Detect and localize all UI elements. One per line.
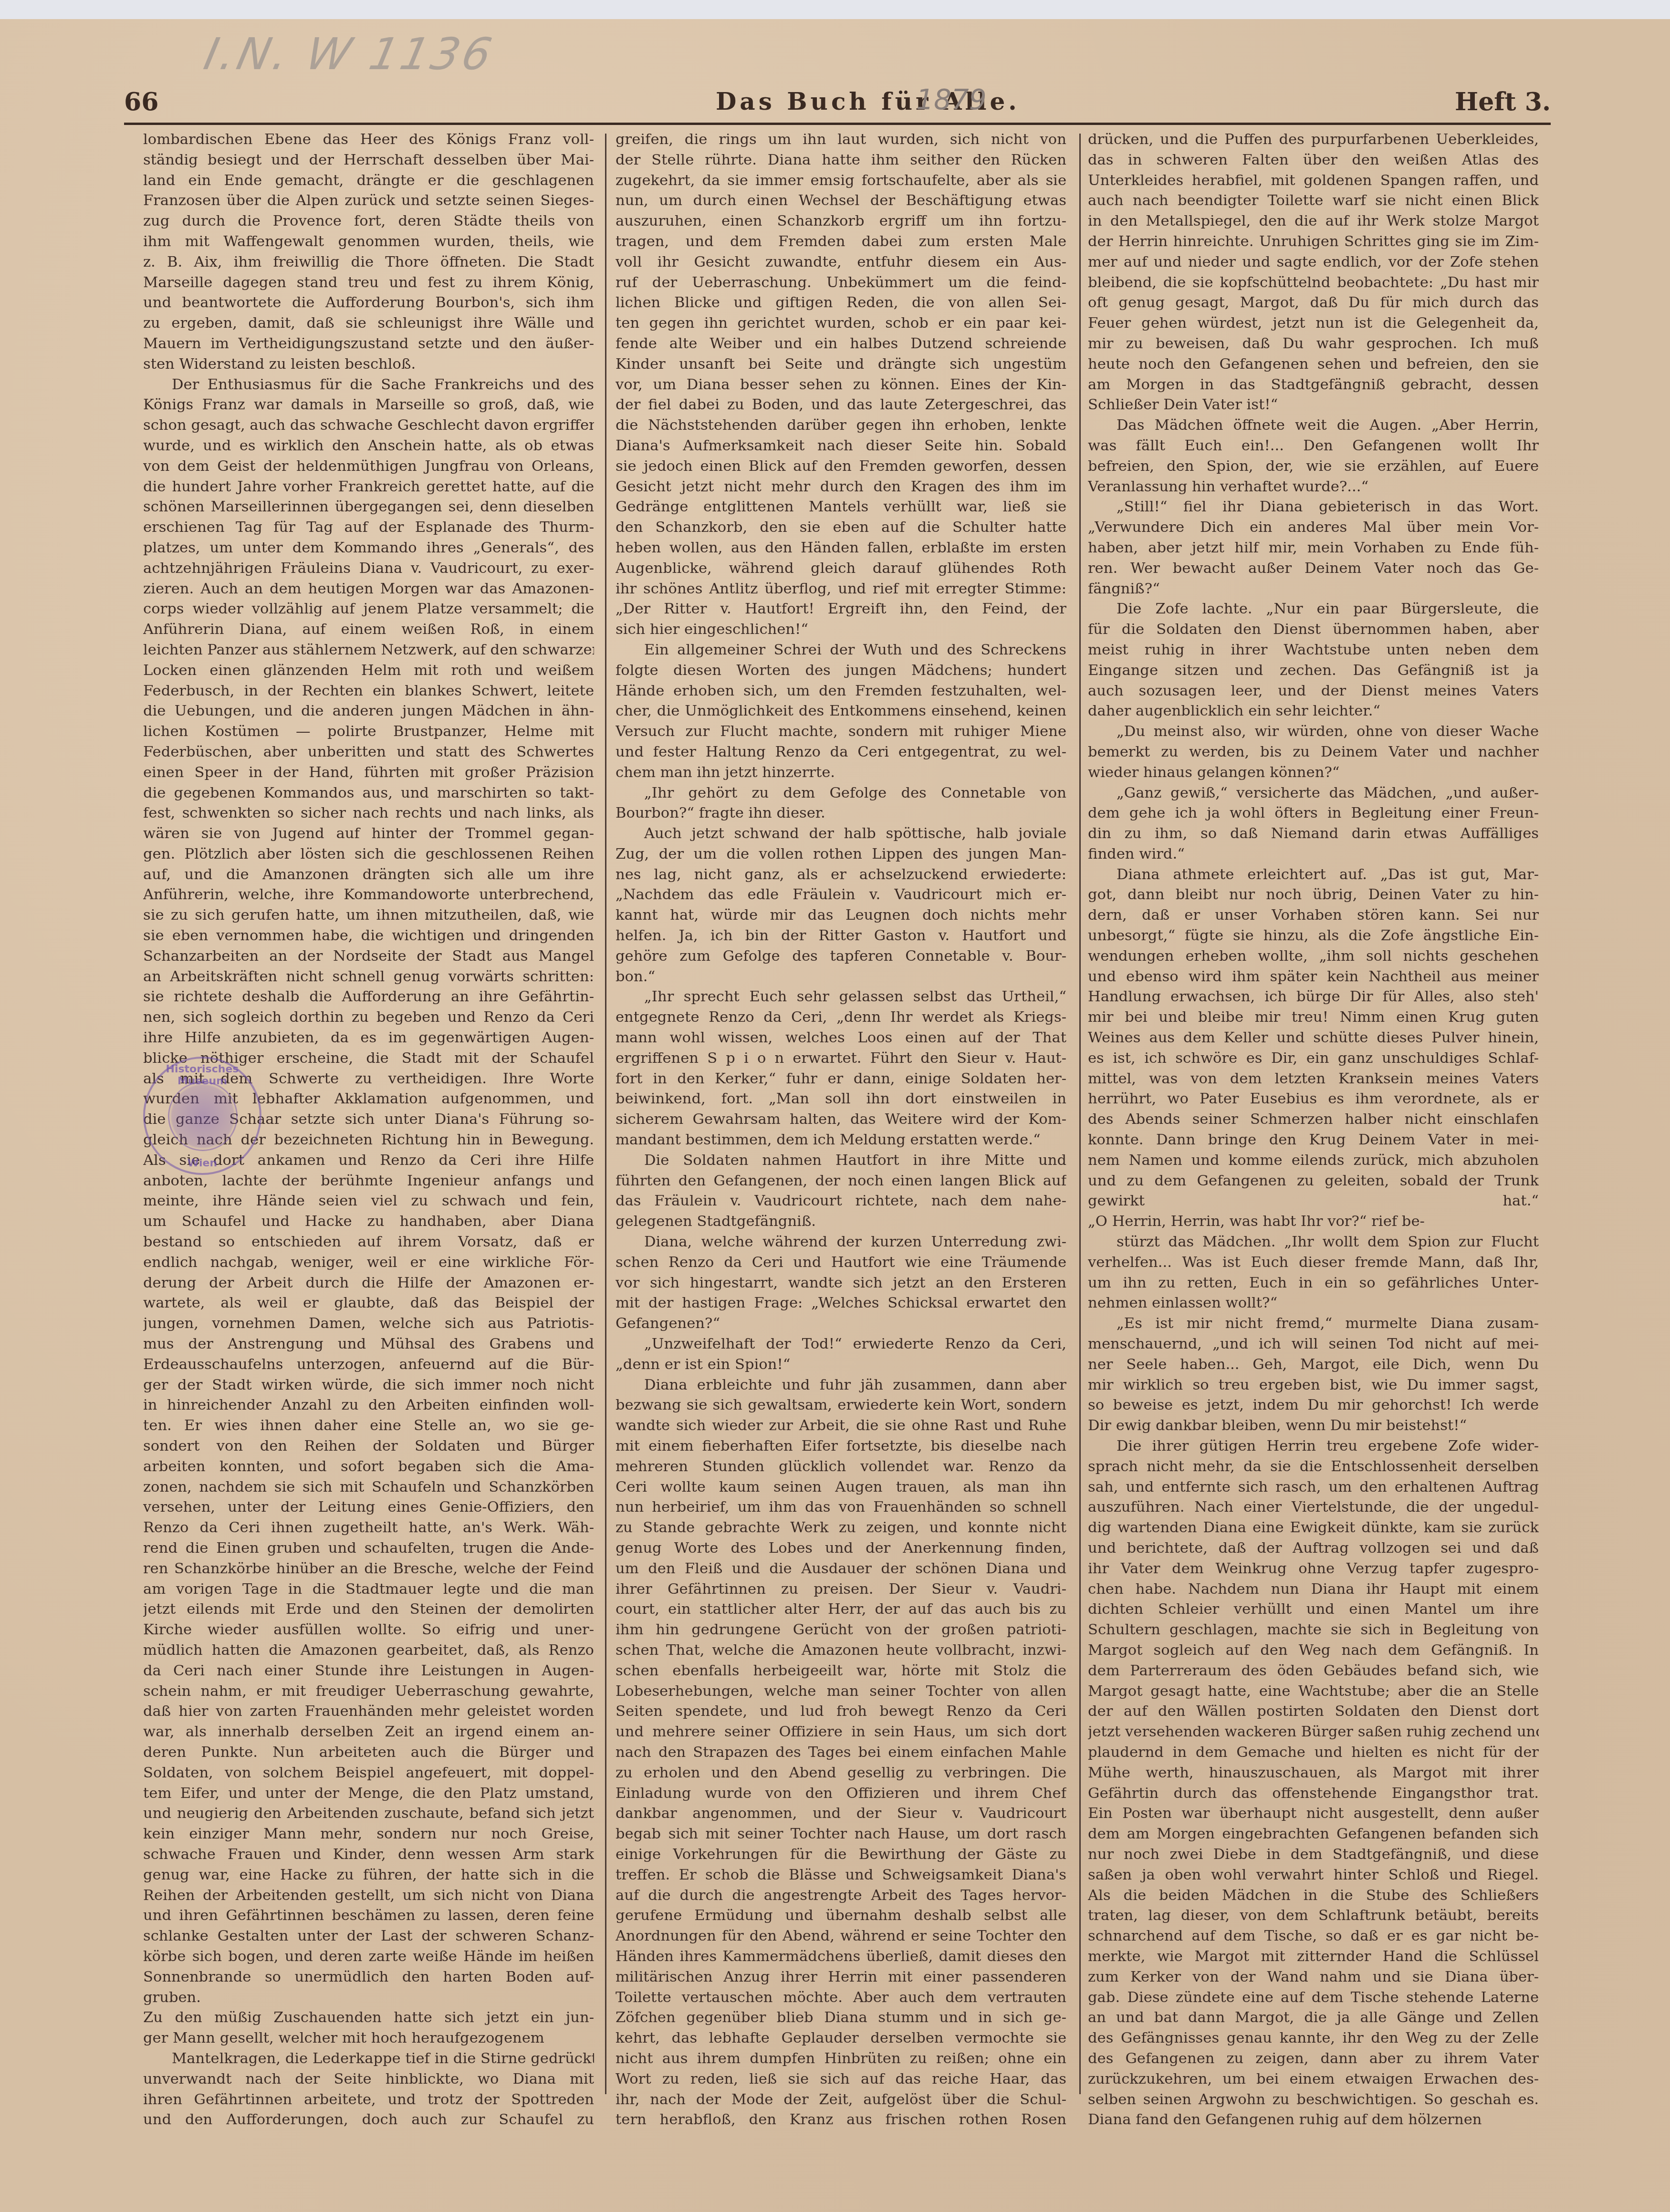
text-line: fängniß?“	[1088, 579, 1539, 600]
text-line: Gefangenen?“	[616, 1314, 1066, 1334]
text-line: die hundert Jahre vorher Frankreich gere…	[143, 477, 594, 498]
text-line: mit einem fieberhaften Eifer fortsetzte,…	[616, 1436, 1066, 1457]
text-line: arbeiten konnten, und sofort begaben sic…	[143, 1457, 594, 1477]
text-line: wandte sich wieder zur Arbeit, die sie o…	[616, 1416, 1066, 1436]
text-line: „Ihr sprecht Euch sehr gelassen selbst d…	[616, 987, 1066, 1007]
text-line: gewirkt hat.“	[1088, 1191, 1539, 1212]
text-line: in hinreichender Anzahl zu den Arbeiten …	[143, 1395, 594, 1416]
text-line: jungen, vornehmen Damen, welche sich aus…	[143, 1314, 594, 1334]
text-line: begab sich mit seiner Tochter nach Hause…	[616, 1824, 1066, 1845]
text-line: Federbusch, in der Rechten ein blankes S…	[143, 681, 594, 702]
text-line: Die Zofe lachte. „Nur ein paar Bürgersle…	[1088, 599, 1539, 620]
text-line: mandant bestimmen, dem ich Meldung ersta…	[616, 1130, 1066, 1151]
text-line: Mühe werth, hinauszuschauen, als Margot …	[1088, 1763, 1539, 1784]
text-line: mus der Anstrengung und Mühsal des Grabe…	[143, 1334, 594, 1355]
text-line: körbe sich bogen, und deren zarte weiße …	[143, 1947, 594, 1967]
text-line: blicke nöthiger erscheine, die Stadt mit…	[143, 1049, 594, 1069]
text-line: mit der hastigen Frage: „Welches Schicks…	[616, 1293, 1066, 1314]
text-line: Anordnungen für den Abend, während er se…	[616, 1926, 1066, 1947]
text-line: haben, aber jetzt hilf mir, mein Vorhabe…	[1088, 538, 1539, 559]
text-line: dig wartenden Diana eine Ewigkeit dünkte…	[1088, 1518, 1539, 1538]
text-line: Diana fand den Gefangenen ruhig auf dem …	[1088, 2110, 1539, 2130]
text-line: zieren. Auch an dem heutigen Morgen war …	[143, 579, 594, 600]
text-line: tragen, und dem Fremden dabei zum ersten…	[616, 232, 1066, 252]
text-line: schnarchend auf dem Tische, so daß er es…	[1088, 1926, 1539, 1947]
pencil-catalog-mark: I.N. W 1136	[200, 29, 499, 80]
text-line: Die ihrer gütigen Herrin treu ergebene Z…	[1088, 1436, 1539, 1457]
text-line: Anführerin, welche, ihre Kommandoworte u…	[143, 885, 594, 905]
text-line: Auch jetzt schwand der halb spöttische, …	[616, 824, 1066, 844]
text-line: kein einziger Mann mehr, sondern nur noc…	[143, 1824, 594, 1845]
text-line: schein nahm, er mit freudiger Ueberrasch…	[143, 1682, 594, 1702]
text-line: und fester Haltung Renzo da Ceri entgege…	[616, 742, 1066, 763]
text-line: zug durch die Provence fort, deren Städt…	[143, 211, 594, 232]
text-line: sah, und entfernte sich rasch, um den er…	[1088, 1477, 1539, 1498]
text-line: schen ebenfalls herbeigeeilt war, hörte …	[616, 1661, 1066, 1682]
text-column-1: lombardischen Ebene das Heer des Königs …	[143, 130, 594, 2130]
text-line: ger Mann gesellt, welcher mit hoch herau…	[143, 2028, 594, 2049]
text-line: Die Soldaten nahmen Hautfort in ihre Mit…	[616, 1151, 1066, 1171]
text-line: gerufene Ermüdung und übernahm deshalb s…	[616, 1906, 1066, 1926]
text-line: ruf der Ueberraschung. Unbekümmert um di…	[616, 273, 1066, 293]
text-line: Renzo da Ceri ihnen zugetheilt hatte, an…	[143, 1518, 594, 1538]
text-line: „Still!“ fiel ihr Diana gebieterisch in …	[1088, 497, 1539, 518]
text-line: nicht aus ihrem dumpfen Hinbrüten zu rei…	[616, 2049, 1066, 2069]
text-line: den Schanzkorb, den sie eben auf die Sch…	[616, 518, 1066, 538]
text-line: stürzt das Mädchen. „Ihr wollt dem Spion…	[1088, 1232, 1539, 1253]
text-line: land ein Ende gemacht, drängte er die ge…	[143, 171, 594, 191]
text-line: finden wird.“	[1088, 844, 1539, 865]
text-line: Diana, welche während der kurzen Unterre…	[616, 1232, 1066, 1253]
text-line: oft genug gesagt, Margot, daß Du für mic…	[1088, 293, 1539, 313]
text-line: der Stelle rührte. Diana hatte ihm seith…	[616, 150, 1066, 171]
text-line: „denn er ist ein Spion!“	[616, 1355, 1066, 1375]
text-line: und mehrere seiner Offiziere in sein Hau…	[616, 1722, 1066, 1743]
text-line: Toilette vertauschen möchte. Aber auch d…	[616, 1988, 1066, 2008]
text-line: ständig besiegt und der Herrschaft desse…	[143, 150, 594, 171]
text-line: wieder hinaus gelangen können?“	[1088, 763, 1539, 783]
text-line: „Du meinst also, wir würden, ohne von di…	[1088, 722, 1539, 742]
text-line: nun herbeirief, um ihm das von Frauenhän…	[616, 1497, 1066, 1518]
text-line: um Schaufel und Hacke zu handhaben, aber…	[143, 1212, 594, 1232]
text-line: daher augenblicklich ein sehr leichter.“	[1088, 701, 1539, 722]
text-line: dem gehe ich ja wohl öfters in Begleitun…	[1088, 803, 1539, 824]
header-rule	[124, 123, 1551, 125]
text-line: und neugierig den Arbeitenden zuschaute,…	[143, 1804, 594, 1824]
text-line: schönen Marseillerinnen übergegangen sei…	[143, 497, 594, 518]
text-line: des Abends seiner Schmerzen halber nicht…	[1088, 1110, 1539, 1130]
text-line: wurden mit lebhafter Akklamation aufgeno…	[143, 1089, 594, 1110]
text-line: sicherem Gewahrsam halten, das Weitere w…	[616, 1110, 1066, 1130]
text-line: ihrer Gefährtinnen zu preisen. Der Sieur…	[616, 1579, 1066, 1600]
text-line: zum Kerker von der Wand nahm und sie Dia…	[1088, 1967, 1539, 1988]
text-line: auszuführen. Nach einer Viertelstunde, d…	[1088, 1497, 1539, 1518]
text-line: die Uebungen, und die anderen jungen Mäd…	[143, 701, 594, 722]
text-line: Seiten spendete, und lud froh bewegt Ren…	[616, 1702, 1066, 1722]
text-line: entgegnete Renzo da Ceri, „denn Ihr werd…	[616, 1007, 1066, 1028]
text-line: din zu ihm, so daß Niemand darin etwas A…	[1088, 824, 1539, 844]
text-line: merkte, wie Margot mit zitternder Hand d…	[1088, 1947, 1539, 1967]
text-line: Handlung erwachsen, ich bürge Dir für Al…	[1088, 987, 1539, 1007]
text-line: Als die beiden Mädchen in die Stube des …	[1088, 1886, 1539, 1906]
text-line: der fiel dabei zu Boden, und das laute Z…	[616, 395, 1066, 415]
text-line: des Gefangenen zu zeigen, dann aber zu i…	[1088, 2049, 1539, 2069]
text-line: ner Seele haben... Geh, Margot, eile Dic…	[1088, 1355, 1539, 1375]
text-line: Locken einen glänzenden Helm mit roth un…	[143, 661, 594, 681]
text-line: nen, sich sogleich dorthin zu begeben un…	[143, 1007, 594, 1028]
text-line: tern herabfloß, den Kranz aus frischen r…	[616, 2110, 1066, 2130]
text-line: Reihen der Arbeitenden gestellt, um sich…	[143, 1886, 594, 1906]
text-line: Marseille dagegen stand treu und fest zu…	[143, 273, 594, 293]
text-line: platzes, um unter dem Kommando ihres „Ge…	[143, 538, 594, 559]
text-line: gruben.	[143, 1988, 594, 2008]
text-line: drücken, und die Puffen des purpurfarben…	[1088, 130, 1539, 150]
text-line: Franzosen über die Alpen zurück und setz…	[143, 191, 594, 211]
text-line: befreien, den Spion, der, wie sie erzähl…	[1088, 457, 1539, 477]
text-line: nehmen einlassen wollt?“	[1088, 1293, 1539, 1314]
text-line: ten gegen ihn gerichtet wurden, schob er…	[616, 313, 1066, 334]
text-line: anboten, lachte der berühmte Ingenieur a…	[143, 1171, 594, 1192]
text-line: als mit dem Schwerte zu vertheidigen. Ih…	[143, 1069, 594, 1090]
text-line: jetzt eilends mit Erde und den Steinen d…	[143, 1599, 594, 1620]
text-line: „Verwundere Dich ein anderes Mal über me…	[1088, 518, 1539, 538]
text-line: und den Aufforderungen, doch auch zur Sc…	[143, 2110, 594, 2130]
text-line: folgte diesen Worten des jungen Mädchens…	[616, 661, 1066, 681]
text-line: Versuch zur Flucht machte, sondern mit r…	[616, 722, 1066, 742]
page-number: 66	[124, 87, 158, 116]
text-line: „Ihr gehört zu dem Gefolge des Connetabl…	[616, 783, 1066, 804]
text-line: zonen, nachdem sie sich mit Schaufeln un…	[143, 1477, 594, 1498]
text-line: schen That, welche die Amazonen heute vo…	[616, 1641, 1066, 1661]
text-line: heute noch den Gefangenen sehen und befr…	[1088, 354, 1539, 375]
text-line: mir wirklich so treu ergeben bist, wie D…	[1088, 1375, 1539, 1396]
text-line: ten. Er wies ihnen daher eine Stelle an,…	[143, 1416, 594, 1436]
text-line: die ganze Schaar setzte sich unter Diana…	[143, 1110, 594, 1130]
text-line: auszuruhen, einen Schanzkorb ergriff um …	[616, 211, 1066, 232]
text-line: got, dann bleibt nur noch übrig, Deinen …	[1088, 885, 1539, 905]
text-line: chen habe. Nachdem nun Diana ihr Haupt m…	[1088, 1579, 1539, 1600]
text-line: meist ruhig in ihrer Wachtstube unten ne…	[1088, 640, 1539, 661]
text-line: auch nach beendigter Toilette warf sie n…	[1088, 191, 1539, 211]
text-line: um den Fleiß und die Ausdauer der schöne…	[616, 1559, 1066, 1579]
text-line: leichten Panzer aus stählernem Netzwerk,…	[143, 640, 594, 661]
text-line: herrührt, wo Pater Eusebius es ihm veror…	[1088, 1089, 1539, 1110]
text-line: an Arbeitskräften nicht schnell genug vo…	[143, 967, 594, 987]
text-line: gelegenen Stadtgefängniß.	[616, 1212, 1066, 1232]
text-line: Diana's Aufmerksamkeit nach dieser Seite…	[616, 436, 1066, 457]
text-line: war, als innerhalb derselben Zeit an irg…	[143, 1722, 594, 1743]
text-line: Margot sogleich auf den Weg nach dem Gef…	[1088, 1641, 1539, 1661]
text-line: selben seinen Argwohn zu beschwichtigen.…	[1088, 2090, 1539, 2110]
text-line: ihm hin gedrungene Gerücht von der große…	[616, 1620, 1066, 1641]
text-line: und berichtete, daß der Auftrag vollzoge…	[1088, 1538, 1539, 1559]
text-line: die Nächststehenden darüber gegen ihn er…	[616, 415, 1066, 436]
text-line: lichen Blicke und giftigen Reden, die vo…	[616, 293, 1066, 313]
text-line: sten Widerstand zu leisten beschloß.	[143, 354, 594, 375]
text-line: nem Namen und komme eilends zurück, mich…	[1088, 1151, 1539, 1171]
text-line: der Herrin hinreichte. Unruhigen Schritt…	[1088, 232, 1539, 252]
text-line: Zug, der um die vollen rothen Lippen des…	[616, 844, 1066, 865]
text-line: konnte. Dann bringe den Krug Deinem Vate…	[1088, 1130, 1539, 1151]
text-line: militärischen Anzug ihrer Herrin mit ein…	[616, 1967, 1066, 1988]
text-line: der auf den Wällen postirten Soldaten de…	[1088, 1702, 1539, 1722]
text-line: dem Parterreraum des öden Gebäudes befan…	[1088, 1661, 1539, 1682]
text-line: und ihren Gefährtinnen beschämen zu lass…	[143, 1906, 594, 1926]
text-line: verhelfen... Was ist Euch dieser fremde …	[1088, 1253, 1539, 1273]
text-line: des Gefängnisses genau kannte, ihr den W…	[1088, 2028, 1539, 2049]
text-line: versehen, unter der Leitung eines Genie-…	[143, 1497, 594, 1518]
text-line: Wort zu reden, ließ sie sich auf das rei…	[616, 2069, 1066, 2090]
text-line: Schließer Dein Vater ist!“	[1088, 395, 1539, 415]
text-line: tem Eifer, und unter der Menge, die den …	[143, 1784, 594, 1804]
text-line: fest, schwenkten so sicher nach rechts u…	[143, 803, 594, 824]
text-line: Ein Posten war überhaupt nicht ausgestel…	[1088, 1804, 1539, 1824]
text-line: die gegebenen Kommandos aus, und marschi…	[143, 783, 594, 804]
text-line: wartete, als weil er glaubte, daß das Be…	[143, 1293, 594, 1314]
text-line: es ist, ich schwöre es Dir, ein ganz uns…	[1088, 1049, 1539, 1069]
text-line: endlich nachgab, weniger, weil er eine w…	[143, 1253, 594, 1273]
text-line: schen Renzo da Ceri und Hautfort wie ein…	[616, 1253, 1066, 1273]
text-line: Diana athmete erleichtert auf. „Das ist …	[1088, 865, 1539, 885]
text-line: wendungen erheben wollte, „ihm soll nich…	[1088, 946, 1539, 967]
text-line: nes lag, nicht ganz, als er achselzucken…	[616, 865, 1066, 885]
text-line: Mauern im Vertheidigungszustand setzte u…	[143, 334, 594, 354]
text-line: traten, lag dieser, von dem Schlaftrunk …	[1088, 1906, 1539, 1926]
text-line: zurückzukehren, um bei einem etwaigen Er…	[1088, 2069, 1539, 2090]
text-line: sie zu sich gerufen hatte, um ihnen mitz…	[143, 905, 594, 926]
text-line: „Unzweifelhaft der Tod!“ erwiederte Renz…	[616, 1334, 1066, 1355]
text-line: zu ergeben, damit, daß sie schleunigst i…	[143, 313, 594, 334]
text-line: court, ein stattlicher alter Herr, der a…	[616, 1599, 1066, 1620]
text-line: bon.“	[616, 967, 1066, 987]
text-line: ihm mit Waffengewalt genommen wurden, th…	[143, 232, 594, 252]
text-line: erschienen Tag für Tag auf der Esplanade…	[143, 518, 594, 538]
text-line: gleich nach der bezeichneten Richtung hi…	[143, 1130, 594, 1151]
text-line: Dir ewig dankbar bleiben, wenn Du mir be…	[1088, 1416, 1539, 1436]
text-line: mehreren Stunden glücklich vollendet war…	[616, 1457, 1066, 1477]
text-line: Zu den müßig Zuschauenden hatte sich jet…	[143, 2008, 594, 2028]
text-column-2: greifen, die rings um ihn laut wurden, s…	[616, 130, 1066, 2130]
text-line: gab. Diese zündete eine auf dem Tische s…	[1088, 1988, 1539, 2008]
text-line: sie richtete deshalb die Aufforderung an…	[143, 987, 594, 1007]
text-line: helfen. Ja, ich bin der Ritter Gaston v.…	[616, 926, 1066, 946]
text-line: Margot gesagt hatte, eine Wachtstube; ab…	[1088, 1682, 1539, 1702]
text-line: Schanzarbeiten an der Nordseite der Stad…	[143, 946, 594, 967]
text-line: deren Punkte. Nun arbeiteten auch die Bü…	[143, 1743, 594, 1763]
text-line: sich hier eingeschlichen!“	[616, 620, 1066, 640]
text-line: corps wieder vollzählig auf jenem Platze…	[143, 599, 594, 620]
text-line: mann wohl wissen, welches Loos einen auf…	[616, 1028, 1066, 1049]
text-line: zu Stande gebrachte Werk zu zeigen, und …	[616, 1518, 1066, 1538]
text-line: fort in den Kerker,“ fuhr er dann, einig…	[616, 1069, 1066, 1090]
text-line: führten den Gefangenen, der noch einen l…	[616, 1171, 1066, 1192]
column-divider	[1079, 134, 1081, 2094]
text-line: Sonnenbrande so unermüdlich den harten B…	[143, 1967, 594, 1988]
text-line: schon gesagt, auch das schwache Geschlec…	[143, 415, 594, 436]
text-line: um ihn zu retten, Euch in ein so gefährl…	[1088, 1273, 1539, 1294]
text-line: auch sozusagen leer, und der Dienst mein…	[1088, 681, 1539, 702]
text-line: zugekehrt, da sie immer emsig fortschauf…	[616, 171, 1066, 191]
text-line: sie jedoch einen Blick auf den Fremden g…	[616, 457, 1066, 477]
text-line: mittel, was von dem letzten Kranksein me…	[1088, 1069, 1539, 1090]
text-line: Kirche wieder ausfüllen wollte. So eifri…	[143, 1620, 594, 1641]
text-line: derung der Arbeit durch die Hilfe der Am…	[143, 1273, 594, 1294]
text-line: Lobeserhebungen, welche man seiner Tocht…	[616, 1682, 1066, 1702]
text-line: Gesicht jetzt nicht mehr durch den Krage…	[616, 477, 1066, 498]
text-line: Zöfchen gegenüber blieb Diana stumm und …	[616, 2008, 1066, 2028]
text-line: jetzt versehenden wackeren Bürger saßen …	[1088, 1722, 1539, 1743]
text-line: mir bei und bleibe mir treu! Nimm einen …	[1088, 1007, 1539, 1028]
text-line: ihre Hilfe anzubieten, da es im gegenwär…	[143, 1028, 594, 1049]
text-line: am vorigen Tage in die Stadtmauer legte …	[143, 1579, 594, 1600]
text-line: Soldaten, von solchem Beispiel angefeuer…	[143, 1763, 594, 1784]
text-line: müdlich hatten die Amazonen gearbeitet, …	[143, 1641, 594, 1661]
handwritten-year: 1879	[916, 83, 987, 116]
text-line: sondert von den Reihen der Soldaten und …	[143, 1436, 594, 1457]
text-line: „Nachdem das edle Fräulein v. Vaudricour…	[616, 885, 1066, 905]
magazine-page: I.N. W 1136 66 Das Buch für Alle. 1879 H…	[0, 19, 1670, 2212]
text-line: ger der Stadt wirken würde, die sich imm…	[143, 1375, 594, 1396]
text-line: voll ihr Gesicht zuwandte, entfuhr diese…	[616, 252, 1066, 273]
text-line: wären sie von Jugend auf hinter der Trom…	[143, 824, 594, 844]
text-line: achtzehnjährigen Fräuleins Diana v. Vaud…	[143, 559, 594, 579]
text-line: so beweise es jetzt, indem Du mir gehorc…	[1088, 1395, 1539, 1416]
text-line: Das Mädchen öffnete weit die Augen. „Abe…	[1088, 415, 1539, 436]
text-line: sprach nicht mehr, da sie die Entschloss…	[1088, 1457, 1539, 1477]
text-line: kannt hat, würde mir das Leugnen doch ni…	[616, 905, 1066, 926]
text-line: chem man ihn jetzt hinzerrte.	[616, 763, 1066, 783]
text-line: wurde, und es wirklich den Anschein hatt…	[143, 436, 594, 457]
text-line: dichten Schleier verhüllt und einen Mant…	[1088, 1599, 1539, 1620]
text-line: von dem Geist der heldenmüthigen Jungfra…	[143, 457, 594, 477]
text-line: Veranlassung hin verhaftet wurde?...“	[1088, 477, 1539, 498]
text-line: meinte, ihre Hände seien viel zu schwach…	[143, 1191, 594, 1212]
text-line: Bourbon?“ fragte ihn dieser.	[616, 803, 1066, 824]
text-line: beiwinkend, fort. „Man soll ihn dort ein…	[616, 1089, 1066, 1110]
text-line: Hände erhoben sich, um den Fremden festz…	[616, 681, 1066, 702]
text-line: Mantelkragen, die Lederkappe tief in die…	[143, 2049, 594, 2069]
text-line: Diana erbleichte und fuhr jäh zusammen, …	[616, 1375, 1066, 1396]
text-line: vor, um Diana besser sehen zu können. Ei…	[616, 375, 1066, 395]
text-line: „O Herrin, Herrin, was habt Ihr vor?“ ri…	[1088, 1212, 1539, 1232]
text-line: was fällt Euch ein!... Den Gefangenen wo…	[1088, 436, 1539, 457]
text-line: ihr schönes Antlitz überflog, und rief m…	[616, 579, 1066, 600]
text-line: genug war, eine Hacke zu führen, der hat…	[143, 1865, 594, 1886]
text-line: ihren Gefährtinnen arbeitete, und trotz …	[143, 2090, 594, 2110]
text-line: Erdeausschaufelns unterzogen, anfeuernd …	[143, 1355, 594, 1375]
text-line: einen Speer in der Hand, führten mit gro…	[143, 763, 594, 783]
text-line: Als sie dort ankamen und Renzo da Ceri i…	[143, 1151, 594, 1171]
issue-label: Heft 3.	[1455, 87, 1551, 116]
text-line: in den Metallspiegel, den die auf ihr We…	[1088, 211, 1539, 232]
text-line: dem am Morgen eingebrachten Gefangenen b…	[1088, 1824, 1539, 1845]
text-line: lichen Kostümen — polirte Brustpanzer, H…	[143, 722, 594, 742]
text-line: „Der Ritter v. Hautfort! Ergreift ihn, d…	[616, 599, 1066, 620]
text-line: gehöre zum Gefolge des tapferen Connetab…	[616, 946, 1066, 967]
text-line: treffen. Er schob die Blässe und Schweig…	[616, 1865, 1066, 1886]
text-line: auf die durch die angestrengte Arbeit de…	[616, 1886, 1066, 1906]
text-line: cher, die Unmöglichkeit des Entkommens e…	[616, 701, 1066, 722]
text-line: unverwandt nach der Seite hinblickte, wo…	[143, 2069, 594, 2090]
text-line: einige Vorkehrungen für die Bewirthung d…	[616, 1845, 1066, 1865]
text-line: am Morgen in das Stadtgefängniß gebracht…	[1088, 375, 1539, 395]
text-line: dern, daß er unser Vorhaben stören kann.…	[1088, 905, 1539, 926]
text-line: dankbar angenommen, und der Sieur v. Vau…	[616, 1804, 1066, 1824]
text-line: gen. Plötzlich aber lösten sich die gesc…	[143, 844, 594, 865]
text-line: plaudernd in dem Gemache und hielten es …	[1088, 1743, 1539, 1763]
column-divider	[605, 134, 606, 2094]
text-line: Eingange sitzen und zechen. Das Gefängni…	[1088, 661, 1539, 681]
text-line: ren Schanzkörbe hinüber an die Bresche, …	[143, 1559, 594, 1579]
text-line: Gefährtin durch das offenstehende Eingan…	[1088, 1784, 1539, 1804]
text-line: ihr, nach der Mode der Zeit, aufgelöst ü…	[616, 2090, 1066, 2110]
text-line: vor sich hingestarrt, wandte sich jetzt …	[616, 1273, 1066, 1294]
text-line: lombardischen Ebene das Heer des Königs …	[143, 130, 594, 150]
text-line: schwache Frauen und Kinder, denn wessen …	[143, 1845, 594, 1865]
text-line: und zu dem Gefangenen zu geleiten, sobal…	[1088, 1171, 1539, 1192]
text-line: rend die Einen gruben und schaufelten, t…	[143, 1538, 594, 1559]
text-line: zu erholen und den Abend gesellig zu ver…	[616, 1763, 1066, 1784]
text-line: heben wollen, aus den Händen fallen, erb…	[616, 538, 1066, 559]
text-line: Händen ihres Kammermädchens überließ, da…	[616, 1947, 1066, 1967]
text-line: z. B. Aix, ihm freiwillig die Thore öffn…	[143, 252, 594, 273]
text-line: greifen, die rings um ihn laut wurden, s…	[616, 130, 1066, 150]
text-line: das Fräulein v. Vaudricourt richtete, na…	[616, 1191, 1066, 1212]
text-line: da Ceri nach einer Stunde ihre Leistunge…	[143, 1661, 594, 1682]
text-line: Schultern geschlagen, machte sie sich in…	[1088, 1620, 1539, 1641]
text-line: menschauernd, „und ich will seinen Tod n…	[1088, 1334, 1539, 1355]
text-line: bestand so entschieden auf ihrem Vorsatz…	[143, 1232, 594, 1253]
text-line: ihr Vater dem Weinkrug ohne Verzug tapfe…	[1088, 1559, 1539, 1579]
text-line: Ein allgemeiner Schrei der Wuth und des …	[616, 640, 1066, 661]
text-line: Kinder unsanft bei Seite und drängte sic…	[616, 354, 1066, 375]
text-line: Unterkleides herabfiel, mit goldenen Spa…	[1088, 171, 1539, 191]
text-line: bezwang sie sich gewaltsam, erwiederte k…	[616, 1395, 1066, 1416]
text-line: und beantwortete die Aufforderung Bourbo…	[143, 293, 594, 313]
text-line: das in schweren Falten über den weißen A…	[1088, 150, 1539, 171]
text-line: ren. Wer bewacht außer Deinem Vater noch…	[1088, 559, 1539, 579]
text-line: sie eben vernommen habe, die wichtigen u…	[143, 926, 594, 946]
text-line: nach den Strapazen des Tages bei einem e…	[616, 1743, 1066, 1763]
text-line: mer auf und nieder und sagte endlich, vo…	[1088, 252, 1539, 273]
text-line: kehrt, das lebhafte Geplauder derselben …	[616, 2028, 1066, 2049]
text-line: genug Worte des Lobes und der Anerkennun…	[616, 1538, 1066, 1559]
text-line: auf, und die Amanzonen drängten sich all…	[143, 865, 594, 885]
text-line: Einladung wurde von den Offizieren und i…	[616, 1784, 1066, 1804]
text-line: nun, um durch einen Wechsel der Beschäft…	[616, 191, 1066, 211]
text-line: Weines aus dem Keller und schütte dieses…	[1088, 1028, 1539, 1049]
text-line: „Ganz gewiß,“ versicherte das Mädchen, „…	[1088, 783, 1539, 804]
text-line: „Es ist mir nicht fremd,“ murmelte Diana…	[1088, 1314, 1539, 1334]
text-line: für die Soldaten den Dienst übernommen h…	[1088, 620, 1539, 640]
text-line: ergriffenen S p i o n erwartet. Führt de…	[616, 1049, 1066, 1069]
text-line: Feuer gehen würdest, jetzt nun ist die G…	[1088, 313, 1539, 334]
text-line: fende alte Weiber und ein halbes Dutzend…	[616, 334, 1066, 354]
text-column-3: drücken, und die Puffen des purpurfarben…	[1088, 130, 1539, 2130]
text-line: bemerkt zu werden, bis zu Deinem Vater u…	[1088, 742, 1539, 763]
text-line: nur noch zwei Diebe in dem Stadtgefängni…	[1088, 1845, 1539, 1865]
text-line: Königs Franz war damals in Marseille so …	[143, 395, 594, 415]
text-line: Anführerin Diana, auf einem weißen Roß, …	[143, 620, 594, 640]
text-line: an und bat dann Margot, die ja alle Gäng…	[1088, 2008, 1539, 2028]
text-line: schlanke Gestalten unter der Last der sc…	[143, 1926, 594, 1947]
text-line: Ceri wollte kaum seinen Augen trauen, al…	[616, 1477, 1066, 1498]
text-line: mir zu beweisen, daß Du wahr gesprochen.…	[1088, 334, 1539, 354]
text-line: Der Enthusiasmus für die Sache Frankreic…	[143, 375, 594, 395]
text-line: unbesorgt,“ fügte sie hinzu, als die Zof…	[1088, 926, 1539, 946]
text-line: saßen ja oben wohl verwahrt hinter Schlo…	[1088, 1865, 1539, 1886]
text-line: bleibend, die sie kopfschüttelnd beobach…	[1088, 273, 1539, 293]
